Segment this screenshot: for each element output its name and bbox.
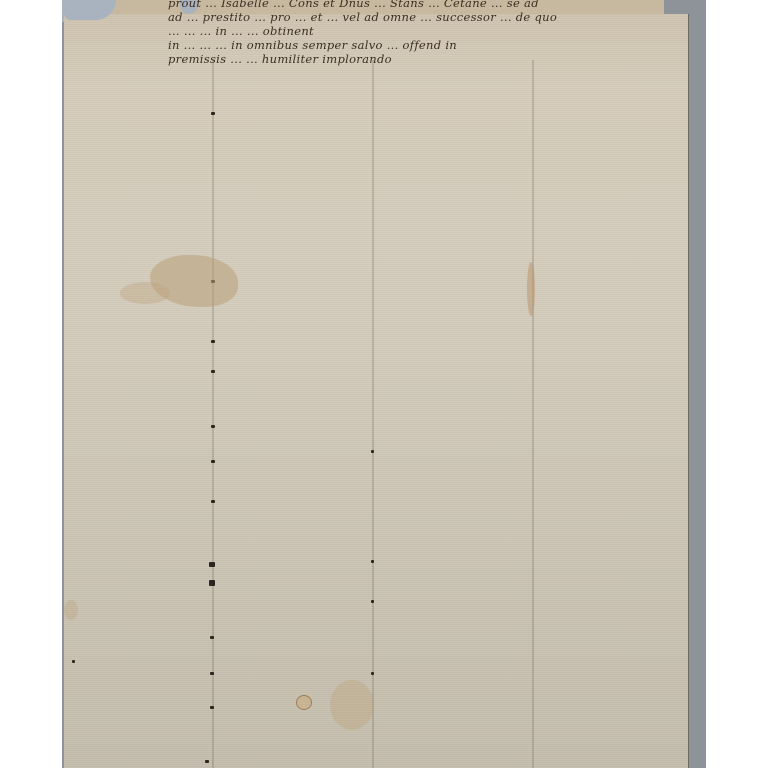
stitch-hole	[211, 500, 215, 503]
stitch-hole	[371, 560, 374, 563]
water-stain	[120, 282, 170, 304]
handwritten-text: prout ... Isabelle ... Cons et Dñus ... …	[168, 0, 658, 66]
text-line-1: prout ... Isabelle ... Cons et Dñus ... …	[168, 0, 658, 10]
stitch-hole	[209, 580, 215, 586]
stitch-hole	[211, 112, 215, 115]
stitch-hole	[210, 706, 214, 709]
stitch-hole	[211, 460, 215, 463]
stitch-hole	[211, 340, 215, 343]
stitch-hole	[210, 636, 214, 639]
stitch-hole	[210, 672, 214, 675]
text-line-2: ad ... prestito ... pro ... et ... vel a…	[168, 10, 658, 24]
ink-speck	[72, 660, 75, 663]
fold-line	[372, 60, 374, 768]
fold-line	[532, 60, 534, 768]
stitch-hole	[211, 425, 215, 428]
text-line-4: in ... ... ... in omnibus semper salvo .…	[168, 38, 658, 52]
stitch-hole	[209, 562, 215, 567]
fold-line	[212, 60, 214, 768]
stitch-hole	[371, 672, 374, 675]
stitch-hole	[211, 370, 215, 373]
water-stain	[330, 680, 374, 730]
stain-streak	[527, 262, 535, 316]
text-line-5: premissis ... ... humiliter implorando	[168, 52, 658, 66]
drip-stain	[296, 695, 312, 710]
manuscript-page	[64, 14, 689, 768]
text-line-3: ... ... ... in ... ... obtinent	[168, 24, 658, 38]
water-stain	[64, 600, 78, 620]
stitch-hole	[205, 760, 209, 763]
stitch-hole	[371, 600, 374, 603]
stitch-hole	[371, 450, 374, 453]
